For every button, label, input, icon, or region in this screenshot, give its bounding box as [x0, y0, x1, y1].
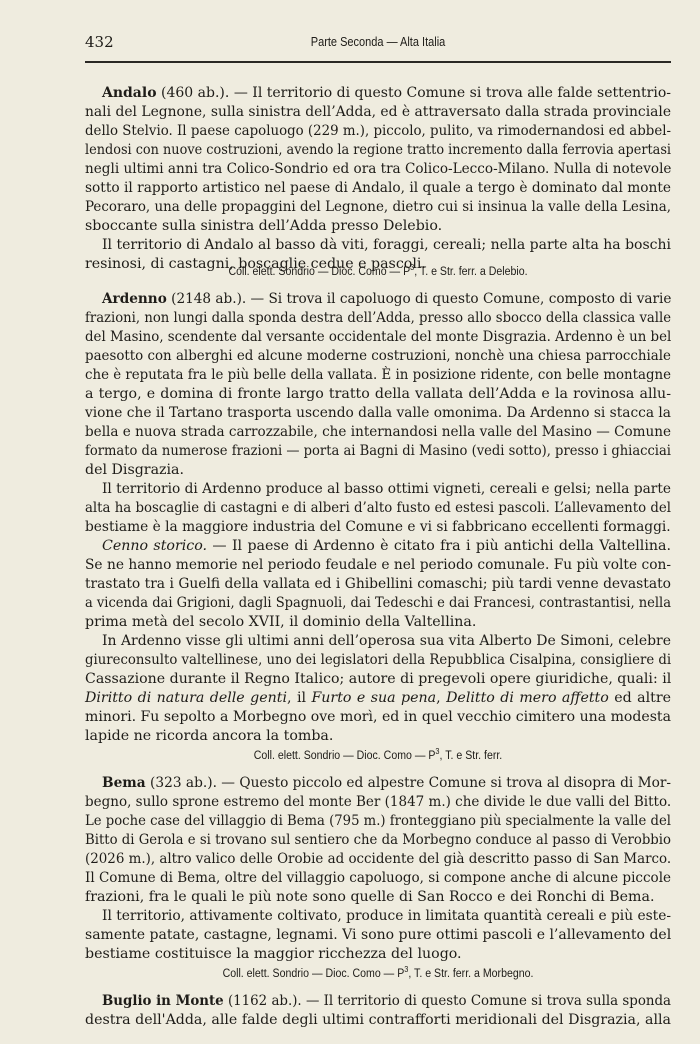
entry-name: Andalo [102, 85, 157, 101]
text-line: Il Comune di Bema, oltre del villaggio c… [85, 869, 671, 888]
text-line: Il territorio di Ardenno produce al bass… [102, 480, 671, 499]
text-line: formato da numerose frazioni — porta ai … [85, 442, 671, 461]
text-line: del Disgrazia. [85, 461, 671, 480]
text-line: Il territorio, attivamente coltivato, pr… [102, 907, 671, 926]
text-line: giureconsulto valtellinese, uno dei legi… [85, 651, 671, 670]
text-line: minori. Fu sepolto a Morbegno ove morì, … [85, 708, 671, 727]
text-line: Pecoraro, una delle propaggini del Legno… [85, 198, 671, 217]
text-line: (2026 m.), altro valico delle Orobie ad … [85, 850, 671, 869]
entry-caption: Coll. elett. Sondrio — Dioc. Como — P3, … [108, 966, 647, 982]
entry-name: Buglio in Monte [102, 993, 224, 1009]
text-line: alta ha boscaglie di castagni e di alber… [85, 499, 671, 518]
text-line: Cassazione durante il Regno Italico; aut… [85, 670, 671, 689]
text-line: Se ne hanno memorie nel periodo feudale … [85, 556, 671, 575]
text-line: a tergo, e domina di fronte largo tratto… [85, 385, 671, 404]
entry-heading-line: Buglio in Monte (1162 ab.). — Il territo… [102, 992, 671, 1011]
text-line: paesotto con alberghi ed alcune moderne … [85, 347, 671, 366]
entry-population: (2148 ab.). [171, 291, 246, 307]
work-title: Furto e sua pena [311, 690, 436, 706]
text-line: sboccante sulla sinistra dell’Adda press… [85, 217, 671, 236]
entry-heading-line: Bema (323 ab.). — Questo piccolo ed alpe… [102, 774, 671, 793]
text-line: bestiame costituisce la maggior ricchezz… [85, 945, 671, 964]
work-title: Delitto di mero affetto [446, 690, 609, 706]
entry-name: Bema [102, 775, 146, 791]
text-line: samente patate, castagne, legnami. Vi so… [85, 926, 671, 945]
entry-caption: Coll. elett. Sondrio — Dioc. Como — P3, … [108, 748, 647, 764]
text-line: bestiame è la maggiore industria del Com… [85, 518, 671, 537]
history-heading-line: Cenno storico. — Il paese di Ardenno è c… [102, 537, 671, 556]
text-line: del Masino, scendente dal versante occid… [85, 328, 671, 347]
text-line: Bitto di Gerola e si trovano sul sentier… [85, 831, 671, 850]
history-label: Cenno storico. [102, 538, 207, 554]
entry-heading-line: Ardenno (2148 ab.). — Si trova il capolu… [102, 290, 671, 309]
text-line: frazioni, fra le quali le più note sono … [85, 888, 671, 907]
page-number: 432 [85, 33, 114, 51]
text-line: vione che il Tartano trasporta uscendo d… [85, 404, 671, 423]
text-line: dello Stelvio. Il paese capoluogo (229 m… [85, 122, 671, 141]
entry-population: (460 ab.). [161, 85, 229, 101]
text-line: che è reputata fra le più belle della va… [85, 366, 671, 385]
work-title: Diritto di natura delle genti [85, 690, 287, 706]
entry-population: (1162 ab.). [228, 993, 302, 1009]
text-line: Le poche case del villaggio di Bema (795… [85, 812, 671, 831]
text-line: a vicenda dai Grigioni, dagli Spagnuoli,… [85, 594, 671, 613]
text-line: lapide ne ricorda ancora la tomba. [85, 727, 671, 746]
text-line: lendosi con nuove costruzioni, avendo la… [85, 141, 671, 160]
text-line: destra dell'Adda, alle falde degli ultim… [85, 1011, 671, 1030]
text-line: In Ardenno visse gli ultimi anni dell’op… [102, 632, 671, 651]
text-line: nali del Legnone, sulla sinistra dell’Ad… [85, 103, 671, 122]
header-rule [85, 61, 671, 63]
running-title: Parte Seconda — Alta Italia [120, 35, 636, 49]
text-line: trastato tra i Guelfi della vallata ed i… [85, 575, 671, 594]
text-line: prima metà del secolo XVII, il dominio d… [85, 613, 671, 632]
entry-caption: Coll. elett. Sondrio — Dioc. Como — P3, … [108, 264, 647, 280]
text-line: negli ultimi anni tra Colico-Sondrio ed … [85, 160, 671, 179]
text-line: sotto il rapporto artistico nel paese di… [85, 179, 671, 198]
entry-heading-line: Andalo (460 ab.). — Il territorio di que… [102, 84, 671, 103]
text-line: begno, sullo sprone estremo del monte Be… [85, 793, 671, 812]
entry-name: Ardenno [102, 291, 167, 307]
text-line: bella e nuova strada carrozzabile, che i… [85, 423, 671, 442]
works-line: Diritto di natura delle genti, il Furto … [85, 689, 671, 708]
text-line: Il territorio di Andalo al basso dà viti… [102, 236, 671, 255]
running-head: 432 Parte Seconda — Alta Italia [85, 33, 671, 53]
text-line: frazioni, non lungi dalla sponda destra … [85, 309, 671, 328]
entry-population: (323 ab.). [150, 775, 217, 791]
